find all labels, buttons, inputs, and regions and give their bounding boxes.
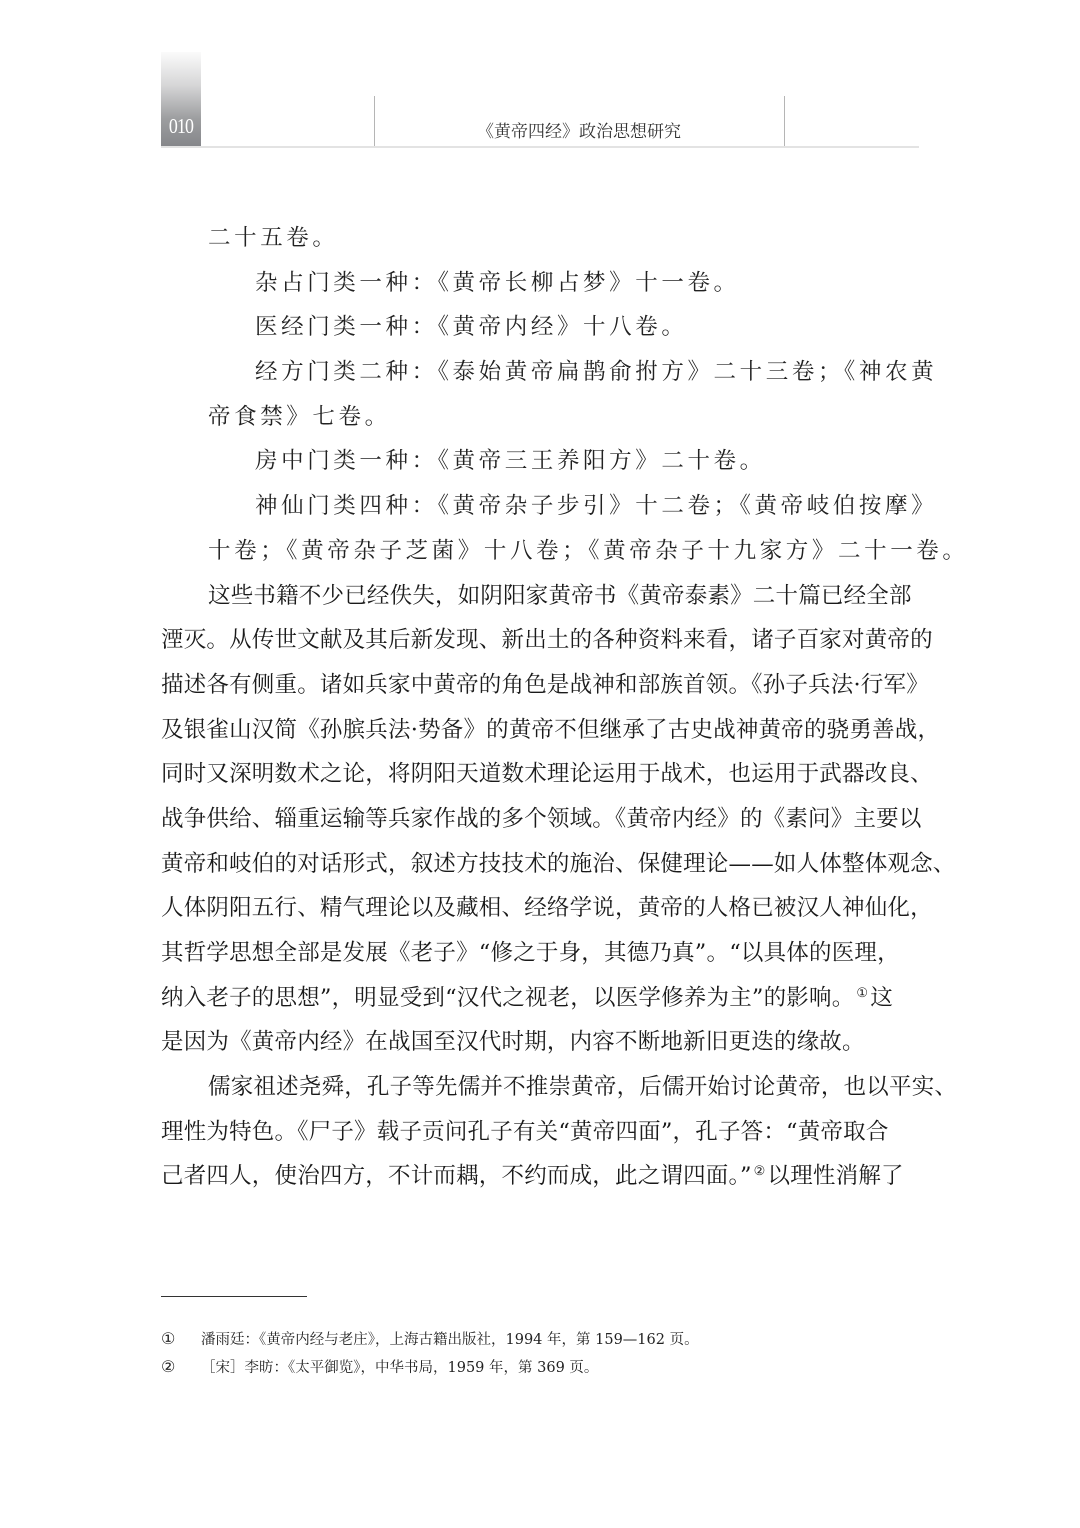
footnote-ref-2[interactable]: ② xyxy=(754,1164,766,1179)
footnote-marker: ② xyxy=(161,1353,201,1381)
catalog-line: 经方门类二种：《泰始黄帝扁鹊俞拊方》二十三卷；《神农黄 xyxy=(161,350,921,395)
paragraph-line: 湮灭。从传世文献及其后新发现、新出土的各种资料来看，诸子百家对黄帝的 xyxy=(161,618,921,663)
catalog-line: 医经门类一种：《黄帝内经》十八卷。 xyxy=(161,305,921,350)
footnote-text: ［宋］李昉：《太平御览》，中华书局，1959 年，第 369 页。 xyxy=(201,1360,598,1376)
paragraph: 儒家祖述尧舜，孔子等先儒并不推崇黄帝，后儒开始讨论黄帝，也以平实、 理性为特色。… xyxy=(161,1065,921,1199)
catalog-line: 神仙门类四种：《黄帝杂子步引》十二卷；《黄帝岐伯按摩》 xyxy=(161,484,921,529)
catalog-line: 十卷；《黄帝杂子芝菌》十八卷；《黄帝杂子十九家方》二十一卷。 xyxy=(161,529,921,574)
paragraph-line: 战争供给、辎重运输等兵家作战的多个领域。《黄帝内经》的《素问》主要以 xyxy=(161,797,921,842)
paragraph-line: 同时又深明数术之论，将阴阳天道数术理论运用于战术，也运用于武器改良、 xyxy=(161,752,921,797)
paragraph-text: 这 xyxy=(870,985,893,1011)
paragraph-line: 理性为特色。《尸子》载子贡问孔子有关“黄帝四面”，孔子答：“黄帝取合 xyxy=(161,1110,921,1155)
paragraph-line: 纳入老子的思想”，明显受到“汉代之视老，以医学修养为主”的影响。①这 xyxy=(161,976,921,1021)
running-title: 《黄帝四经》政治思想研究 xyxy=(374,117,784,142)
page-header: 010 《黄帝四经》政治思想研究 xyxy=(0,0,1080,160)
footnote-separator xyxy=(161,1296,307,1297)
paragraph-text: 以理性消解了 xyxy=(768,1163,904,1189)
paragraph-line: 黄帝和岐伯的对话形式，叙述方技技术的施治、保健理论——如人体整体观念、 xyxy=(161,842,921,887)
paragraph-line: 人体阴阳五行、精气理论以及藏相、经络学说，黄帝的人格已被汉人神仙化， xyxy=(161,886,921,931)
paragraph-line: 这些书籍不少已经佚失，如阴阳家黄帝书《黄帝泰素》二十篇已经全部 xyxy=(161,574,921,619)
paragraph-line: 己者四人，使治四方，不计而耦，不约而成，此之谓四面。”②以理性消解了 xyxy=(161,1154,921,1199)
header-divider-right xyxy=(784,96,785,148)
header-rule xyxy=(161,146,919,148)
catalog-line: 房中门类一种：《黄帝三王养阳方》二十卷。 xyxy=(161,439,921,484)
catalog-line: 帝食禁》七卷。 xyxy=(161,395,921,440)
paragraph-text: 纳入老子的思想”，明显受到“汉代之视老，以医学修养为主”的影响。 xyxy=(161,985,854,1011)
paragraph-text: 己者四人，使治四方，不计而耦，不约而成，此之谓四面。” xyxy=(161,1163,752,1189)
paragraph: 这些书籍不少已经佚失，如阴阳家黄帝书《黄帝泰素》二十篇已经全部 湮灭。从传世文献… xyxy=(161,574,921,1066)
footnote-ref-1[interactable]: ① xyxy=(856,986,868,1001)
footnotes: ①潘雨廷：《黄帝内经与老庄》，上海古籍出版社，1994 年，第 159—162 … xyxy=(161,1325,921,1381)
paragraph-line: 及银雀山汉简《孙膑兵法·势备》的黄帝不但继承了古史战神黄帝的骁勇善战， xyxy=(161,708,921,753)
catalog-line: 杂占门类一种：《黄帝长柳占梦》十一卷。 xyxy=(161,261,921,306)
paragraph-line: 描述各有侧重。诸如兵家中黄帝的角色是战神和部族首领。《孙子兵法·行军》 xyxy=(161,663,921,708)
page-number: 010 xyxy=(164,114,198,139)
paragraph-line: 儒家祖述尧舜，孔子等先儒并不推崇黄帝，后儒开始讨论黄帝，也以平实、 xyxy=(161,1065,921,1110)
page-body: 二十五卷。 杂占门类一种：《黄帝长柳占梦》十一卷。 医经门类一种：《黄帝内经》十… xyxy=(161,216,921,1199)
paragraph-line: 其哲学思想全部是发展《老子》“修之于身，其德乃真”。“以具体的医理， xyxy=(161,931,921,976)
footnote-marker: ① xyxy=(161,1325,201,1353)
catalog-line: 二十五卷。 xyxy=(161,216,921,261)
footnote-1: ①潘雨廷：《黄帝内经与老庄》，上海古籍出版社，1994 年，第 159—162 … xyxy=(161,1325,921,1353)
footnote-2: ②［宋］李昉：《太平御览》，中华书局，1959 年，第 369 页。 xyxy=(161,1353,921,1381)
footnote-text: 潘雨廷：《黄帝内经与老庄》，上海古籍出版社，1994 年，第 159—162 页… xyxy=(201,1332,699,1348)
paragraph-line: 是因为《黄帝内经》在战国至汉代时期，内容不断地新旧更迭的缘故。 xyxy=(161,1020,921,1065)
